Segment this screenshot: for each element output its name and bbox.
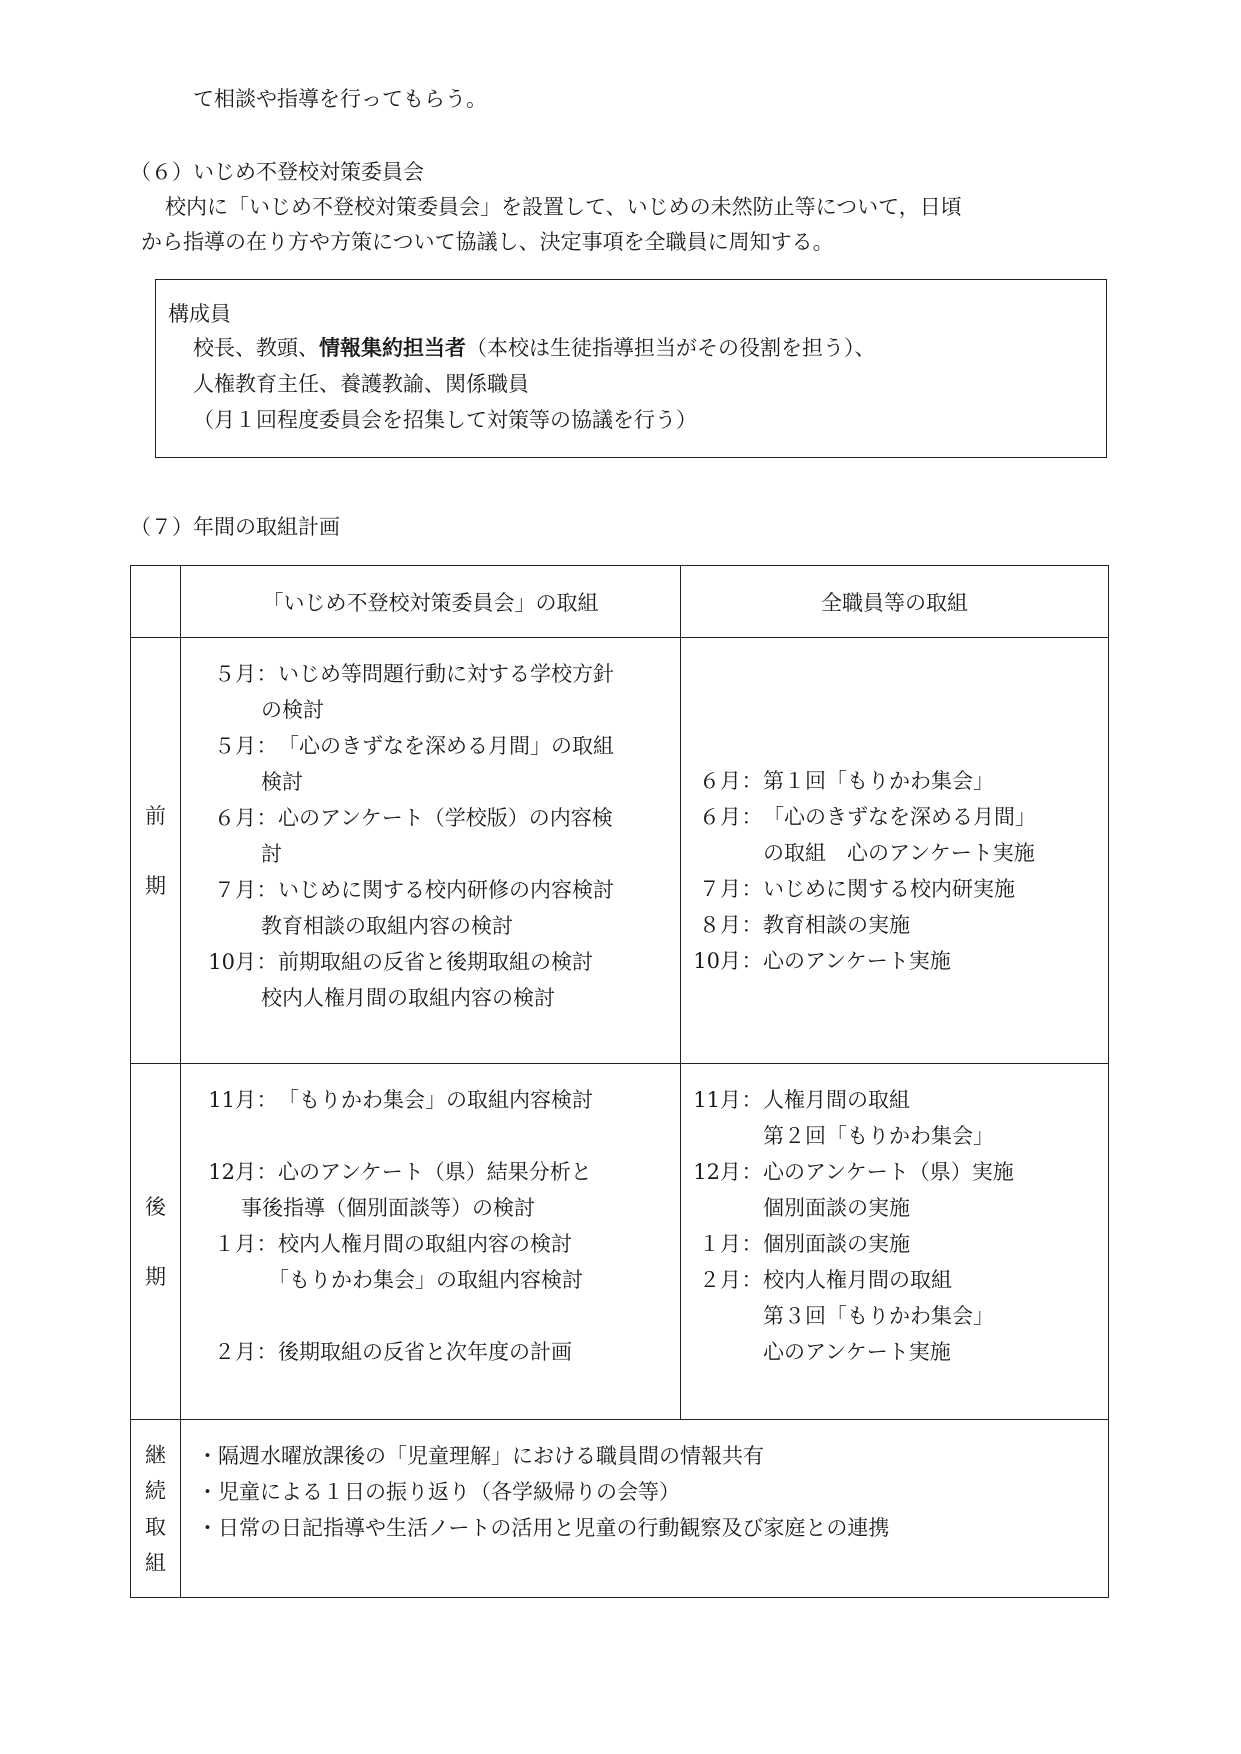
section6-heading: （６）いじめ不登校対策委員会 (130, 155, 424, 189)
list-item: ２月：校内人権月間の取組 (681, 1262, 1108, 1298)
list-item: ・日常の日記指導や生活ノートの活用と児童の行動観察及び家庭との連携 (197, 1510, 1108, 1546)
info-coordinator: 情報集約担当者 (319, 335, 466, 360)
list-item: ６月：第１回「もりかわ集会」 (681, 763, 1108, 799)
table-header-row: 「いじめ不登校対策委員会」の取組 全職員等の取組 (131, 566, 1109, 638)
term-label-first: 前 期 (131, 638, 181, 1064)
list-item: ６月：心のアンケート（学校版）の内容検 (181, 800, 680, 836)
section6-body-line2: から指導の在り方や方策について協議し、決定事項を全職員に周知する。 (141, 225, 834, 259)
second-term-staff: 11月：人権月間の取組 第２回「もりかわ集会」 12月：心のアンケート（県）実施… (681, 1064, 1109, 1420)
list-item: ・児童による１日の振り返り（各学級帰りの会等） (197, 1474, 1108, 1510)
second-term-committee: 11月：「もりかわ集会」の取組内容検討 12月：心のアンケート（県）結果分析と … (181, 1064, 681, 1420)
annual-plan-table: 「いじめ不登校対策委員会」の取組 全職員等の取組 前 期 ５月：いじめ等問題行動… (130, 565, 1109, 1598)
section7-heading: （７）年間の取組計画 (130, 510, 340, 544)
table-row-second-term: 後 期 11月：「もりかわ集会」の取組内容検討 12月：心のアンケート（県）結果… (131, 1064, 1109, 1420)
list-item: ７月：いじめに関する校内研修の内容検討 (181, 872, 680, 908)
list-item: 12月：心のアンケート（県）実施 (681, 1154, 1108, 1190)
list-item: ７月：いじめに関する校内研実施 (681, 871, 1108, 907)
list-item: ・隔週水曜放課後の「児童理解」における職員間の情報共有 (197, 1438, 1108, 1474)
list-item: 12月：心のアンケート（県）結果分析と (181, 1154, 680, 1190)
members-line1-prefix: 校長、教頭、 (193, 336, 319, 360)
list-item: １月：校内人権月間の取組内容の検討 (181, 1226, 680, 1262)
section6-body-line1: 校内に「いじめ不登校対策委員会」を設置して、いじめの未然防止等について，日頃 (165, 190, 962, 224)
members-title: 構成員 (168, 298, 231, 328)
first-term-staff: ６月：第１回「もりかわ集会」 ６月：「心のきずなを深める月間」 の取組 心のアン… (681, 638, 1109, 1064)
ongoing-items: ・隔週水曜放課後の「児童理解」における職員間の情報共有 ・児童による１日の振り返… (181, 1420, 1109, 1598)
list-item: ５月：「心のきずなを深める月間」の取組 (181, 728, 680, 764)
header-committee: 「いじめ不登校対策委員会」の取組 (181, 566, 681, 638)
table-row-first-term: 前 期 ５月：いじめ等問題行動に対する学校方針 の検討 ５月：「心のきずなを深め… (131, 638, 1109, 1064)
term-label-ongoing: 継 続 取 組 (131, 1420, 181, 1598)
members-box: 構成員 校長、教頭、情報集約担当者（本校は生徒指導担当がその役割を担う）、 人権… (155, 279, 1107, 458)
first-term-committee: ５月：いじめ等問題行動に対する学校方針 の検討 ５月：「心のきずなを深める月間」… (181, 638, 681, 1064)
members-line1-suffix: （本校は生徒指導担当がその役割を担う）、 (466, 336, 876, 360)
table-row-ongoing: 継 続 取 組 ・隔週水曜放課後の「児童理解」における職員間の情報共有 ・児童に… (131, 1420, 1109, 1598)
list-item: 11月：人権月間の取組 (681, 1082, 1108, 1118)
list-item: ６月：「心のきずなを深める月間」 (681, 799, 1108, 835)
list-item: 10月：心のアンケート実施 (681, 943, 1108, 979)
list-item: 11月：「もりかわ集会」の取組内容検討 (181, 1082, 680, 1118)
members-line2: 人権教育主任、養護教諭、関係職員 (193, 368, 529, 398)
list-item: 10月：前期取組の反省と後期取組の検討 (181, 944, 680, 980)
header-blank (131, 566, 181, 638)
list-item: ８月：教育相談の実施 (681, 907, 1108, 943)
list-item: ２月：後期取組の反省と次年度の計画 (181, 1334, 680, 1370)
members-line3: （月１回程度委員会を招集して対策等の協議を行う） (193, 404, 697, 434)
header-staff: 全職員等の取組 (681, 566, 1109, 638)
carryover-text: て相談や指導を行ってもらう。 (193, 82, 487, 116)
members-line1: 校長、教頭、情報集約担当者（本校は生徒指導担当がその役割を担う）、 (193, 332, 876, 362)
list-item: ５月：いじめ等問題行動に対する学校方針 (181, 656, 680, 692)
list-item: １月：個別面談の実施 (681, 1226, 1108, 1262)
term-label-second: 後 期 (131, 1064, 181, 1420)
